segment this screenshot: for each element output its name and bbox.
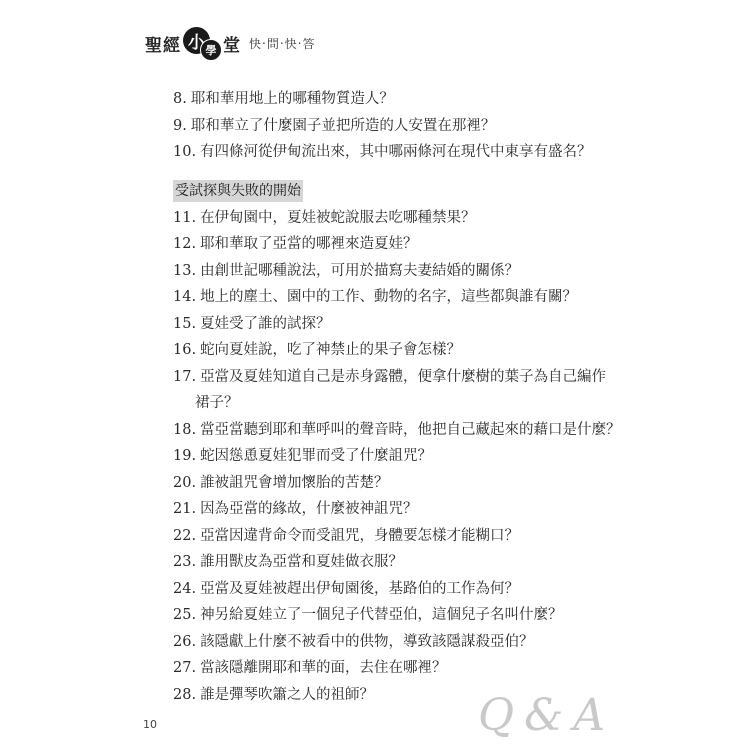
question-item: 17.亞當及夏娃知道自己是赤身露體，便拿什麼樹的葉子為自己編作裙子？ (173, 364, 593, 417)
question-item: 11.在伊甸園中，夏娃被蛇說服去吃哪種禁果？ (173, 205, 593, 232)
question-text: 在伊甸園中，夏娃被蛇說服去吃哪種禁果？ (200, 210, 476, 226)
question-text: 有四條河從伊甸流出來，其中哪兩條河在現代中東享有盛名？ (200, 144, 592, 160)
question-number: 16. (173, 342, 196, 358)
question-text: 地上的塵土、園中的工作、動物的名字，這些都與誰有關？ (200, 289, 577, 305)
question-number: 22. (173, 528, 196, 544)
question-list: 8.耶和華用地上的哪種物質造人？ 9.耶和華立了什麼園子並把所造的人安置在那裡？… (173, 86, 593, 708)
question-item: 9.耶和華立了什麼園子並把所造的人安置在那裡？ (173, 113, 593, 140)
question-number: 17. (173, 369, 196, 385)
question-number: 13. (173, 263, 196, 279)
question-text: 耶和華立了什麼園子並把所造的人安置在那裡？ (191, 118, 496, 134)
brand-logo: 小 學 (183, 27, 221, 59)
question-number: 10. (173, 144, 196, 160)
question-text: 誰是彈琴吹簫之人的祖師？ (200, 687, 374, 703)
question-item: 16.蛇向夏娃說，吃了神禁止的果子會怎樣？ (173, 337, 593, 364)
question-item: 14.地上的塵土、園中的工作、動物的名字，這些都與誰有關？ (173, 284, 593, 311)
question-text-continued: 裙子？ (173, 390, 593, 417)
question-item: 22.亞當因違背命令而受詛咒，身體要怎樣才能糊口？ (173, 523, 593, 550)
question-item: 21.因為亞當的緣故，什麼被神詛咒？ (173, 496, 593, 523)
question-text: 亞當及夏娃知道自己是赤身露體，便拿什麼樹的葉子為自己編作 (200, 369, 606, 385)
question-number: 20. (173, 475, 196, 491)
question-item: 18.當亞當聽到耶和華呼叫的聲音時，他把自己藏起來的藉口是什麼？ (173, 417, 593, 444)
question-text: 誰用獸皮為亞當和夏娃做衣服？ (200, 554, 403, 570)
logo-circle-study-char: 學 (200, 39, 222, 61)
question-item: 27.當該隱離開耶和華的面，去住在哪裡？ (173, 655, 593, 682)
question-item: 8.耶和華用地上的哪種物質造人？ (173, 86, 593, 113)
question-number: 18. (173, 422, 196, 438)
question-item: 10.有四條河從伊甸流出來，其中哪兩條河在現代中東享有盛名？ (173, 139, 593, 166)
question-text: 該隱獻上什麼不被看中的供物，導致該隱謀殺亞伯？ (200, 634, 534, 650)
question-number: 15. (173, 316, 196, 332)
question-number: 14. (173, 289, 196, 305)
question-number: 19. (173, 448, 196, 464)
section-heading: 受試探與失敗的開始 (173, 180, 303, 202)
question-text: 亞當因違背命令而受詛咒，身體要怎樣才能糊口？ (200, 528, 519, 544)
question-item: 19.蛇因慫恿夏娃犯罪而受了什麼詛咒？ (173, 443, 593, 470)
question-number: 21. (173, 501, 196, 517)
question-item: 20.誰被詛咒會增加懷胎的苦楚？ (173, 470, 593, 497)
brand-text-hall: 堂 (223, 31, 241, 56)
question-number: 27. (173, 660, 196, 676)
question-text: 耶和華取了亞當的哪裡來造夏娃？ (200, 236, 418, 252)
question-text: 神另給夏娃立了一個兒子代替亞伯，這個兒子名叫什麼？ (200, 607, 563, 623)
question-item: 12.耶和華取了亞當的哪裡來造夏娃？ (173, 231, 593, 258)
question-text: 耶和華用地上的哪種物質造人？ (191, 91, 394, 107)
question-text: 蛇因慫恿夏娃犯罪而受了什麼詛咒？ (200, 448, 432, 464)
qa-decorative-mark: Q&A (478, 690, 615, 741)
brand-text-bible: 聖經 (145, 31, 181, 56)
question-number: 12. (173, 236, 196, 252)
question-number: 25. (173, 607, 196, 623)
question-item: 13.由創世記哪種說法，可用於描寫夫妻結婚的關係？ (173, 258, 593, 285)
question-text: 當該隱離開耶和華的面，去住在哪裡？ (200, 660, 447, 676)
question-text: 因為亞當的緣故，什麼被神詛咒？ (200, 501, 418, 517)
question-text: 亞當及夏娃被趕出伊甸園後，基路伯的工作為何？ (200, 581, 519, 597)
question-item: 25.神另給夏娃立了一個兒子代替亞伯，這個兒子名叫什麼？ (173, 602, 593, 629)
question-item: 15.夏娃受了誰的試探？ (173, 311, 593, 338)
question-text: 蛇向夏娃說，吃了神禁止的果子會怎樣？ (200, 342, 461, 358)
question-text: 誰被詛咒會增加懷胎的苦楚？ (200, 475, 389, 491)
question-item: 26.該隱獻上什麼不被看中的供物，導致該隱謀殺亞伯？ (173, 629, 593, 656)
running-header: 聖經 小 學 堂 快‧問‧快‧答 (145, 26, 315, 60)
question-number: 24. (173, 581, 196, 597)
question-number: 8. (173, 91, 187, 107)
question-item: 23.誰用獸皮為亞當和夏娃做衣服？ (173, 549, 593, 576)
question-number: 28. (173, 687, 196, 703)
question-number: 11. (173, 210, 196, 226)
question-text: 夏娃受了誰的試探？ (200, 316, 331, 332)
question-number: 26. (173, 634, 196, 650)
header-subtitle: 快‧問‧快‧答 (249, 35, 315, 52)
question-text: 由創世記哪種說法，可用於描寫夫妻結婚的關係？ (200, 263, 519, 279)
question-text: 當亞當聽到耶和華呼叫的聲音時，他把自己藏起來的藉口是什麼？ (200, 422, 621, 438)
page-number: 10 (143, 718, 157, 731)
question-number: 23. (173, 554, 196, 570)
question-number: 9. (173, 118, 187, 134)
question-item: 24.亞當及夏娃被趕出伊甸園後，基路伯的工作為何？ (173, 576, 593, 603)
